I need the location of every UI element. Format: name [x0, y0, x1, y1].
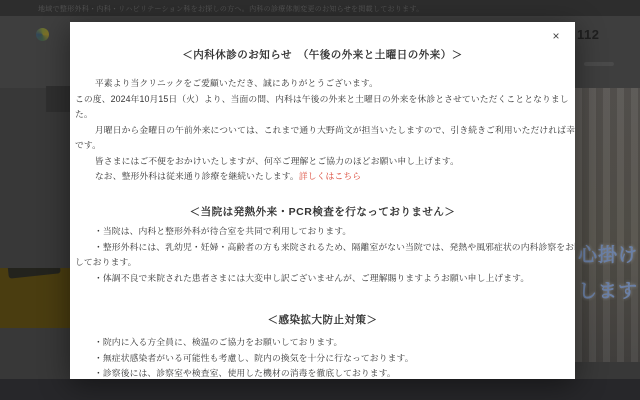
notice-line-text: なお、整形外科は従来通り診療を継続いたします。	[86, 171, 299, 181]
details-link[interactable]: 詳しくはこちら	[299, 171, 361, 181]
modal-title: ＜内科休診のお知らせ （午後の外来と土曜日の外来）＞	[70, 47, 575, 62]
side-banner-detail	[7, 268, 60, 279]
prevention-section-heading: ＜感染拡大防止対策＞	[70, 312, 575, 327]
close-icon[interactable]: ×	[547, 27, 565, 45]
prevention-line: ・院内に入る方全員に、検温のご協力をお願いしております。	[75, 335, 570, 351]
notice-line: この度、2024年10月15日（火）より、当面の間、内科は午後の外来と土曜日の外…	[75, 92, 570, 108]
closure-notice-section: 平素より当クリニックをご愛顧いただき、誠にありがとうございます。 この度、202…	[75, 76, 570, 185]
site-notice-bar: 地域で整形外科・内科・リハビリテーション科をお探しの方へ。内科の診療体制変更のお…	[0, 0, 640, 16]
fever-line: ・体調不良で来院された患者さまには大変申し訳ございませんが、ご理解賜りますようお…	[75, 271, 570, 287]
fever-section: ・当院は、内科と整形外科が待合室を共同で利用しております。 ・整形外科には、乳幼…	[75, 224, 570, 286]
notice-line: た。	[75, 107, 570, 123]
nav-block	[46, 86, 70, 112]
hero-caption-line2: します	[578, 276, 638, 303]
notice-line-with-link: なお、整形外科は従来通り診療を継続いたします。詳しくはこちら	[75, 169, 570, 185]
notice-modal: × ＜内科休診のお知らせ （午後の外来と土曜日の外来）＞ 平素より当クリニックを…	[70, 22, 575, 379]
hero-photo: 心掛け します	[575, 88, 640, 362]
header-subtext	[584, 62, 614, 66]
notice-line: 月曜日から金曜日の午前外来については、これまで通り大野尚文が担当いたしますので、…	[75, 123, 570, 139]
header-phone-number: 112	[577, 27, 599, 42]
prevention-line: ・無症状感染者がいる可能性も考慮し、院内の換気を十分に行なっております。	[75, 351, 570, 367]
site-notice-text: 地域で整形外科・内科・リハビリテーション科をお探しの方へ。内科の診療体制変更のお…	[38, 4, 424, 14]
bottom-bar	[0, 379, 640, 400]
fever-line: ・整形外科には、乳幼児・妊婦・高齢者の方も来院されるため、隔離室がない当院では、…	[75, 240, 570, 256]
notice-line: です。	[75, 138, 570, 154]
notice-line: 平素より当クリニックをご愛顧いただき、誠にありがとうございます。	[75, 76, 570, 92]
fever-line: しております。	[75, 255, 570, 271]
prevention-line: ・診察後には、診察室や検査室、使用した機材の消毒を徹底しております。	[75, 366, 570, 379]
fever-section-heading: ＜当院は発熱外来・PCR検査を行なっておりません＞	[70, 204, 575, 219]
prevention-section: ・院内に入る方全員に、検温のご協力をお願いしております。 ・無症状感染者がいる可…	[75, 335, 570, 379]
fever-line: ・当院は、内科と整形外科が待合室を共同で利用しております。	[75, 224, 570, 240]
hero-caption-line1: 心掛け	[578, 240, 638, 267]
side-banner	[0, 268, 70, 328]
clinic-logo-icon	[36, 28, 49, 41]
notice-line: 皆さまにはご不便をおかけいたしますが、何卒ご理解とご協力のほどお願い申し上げます…	[75, 154, 570, 170]
